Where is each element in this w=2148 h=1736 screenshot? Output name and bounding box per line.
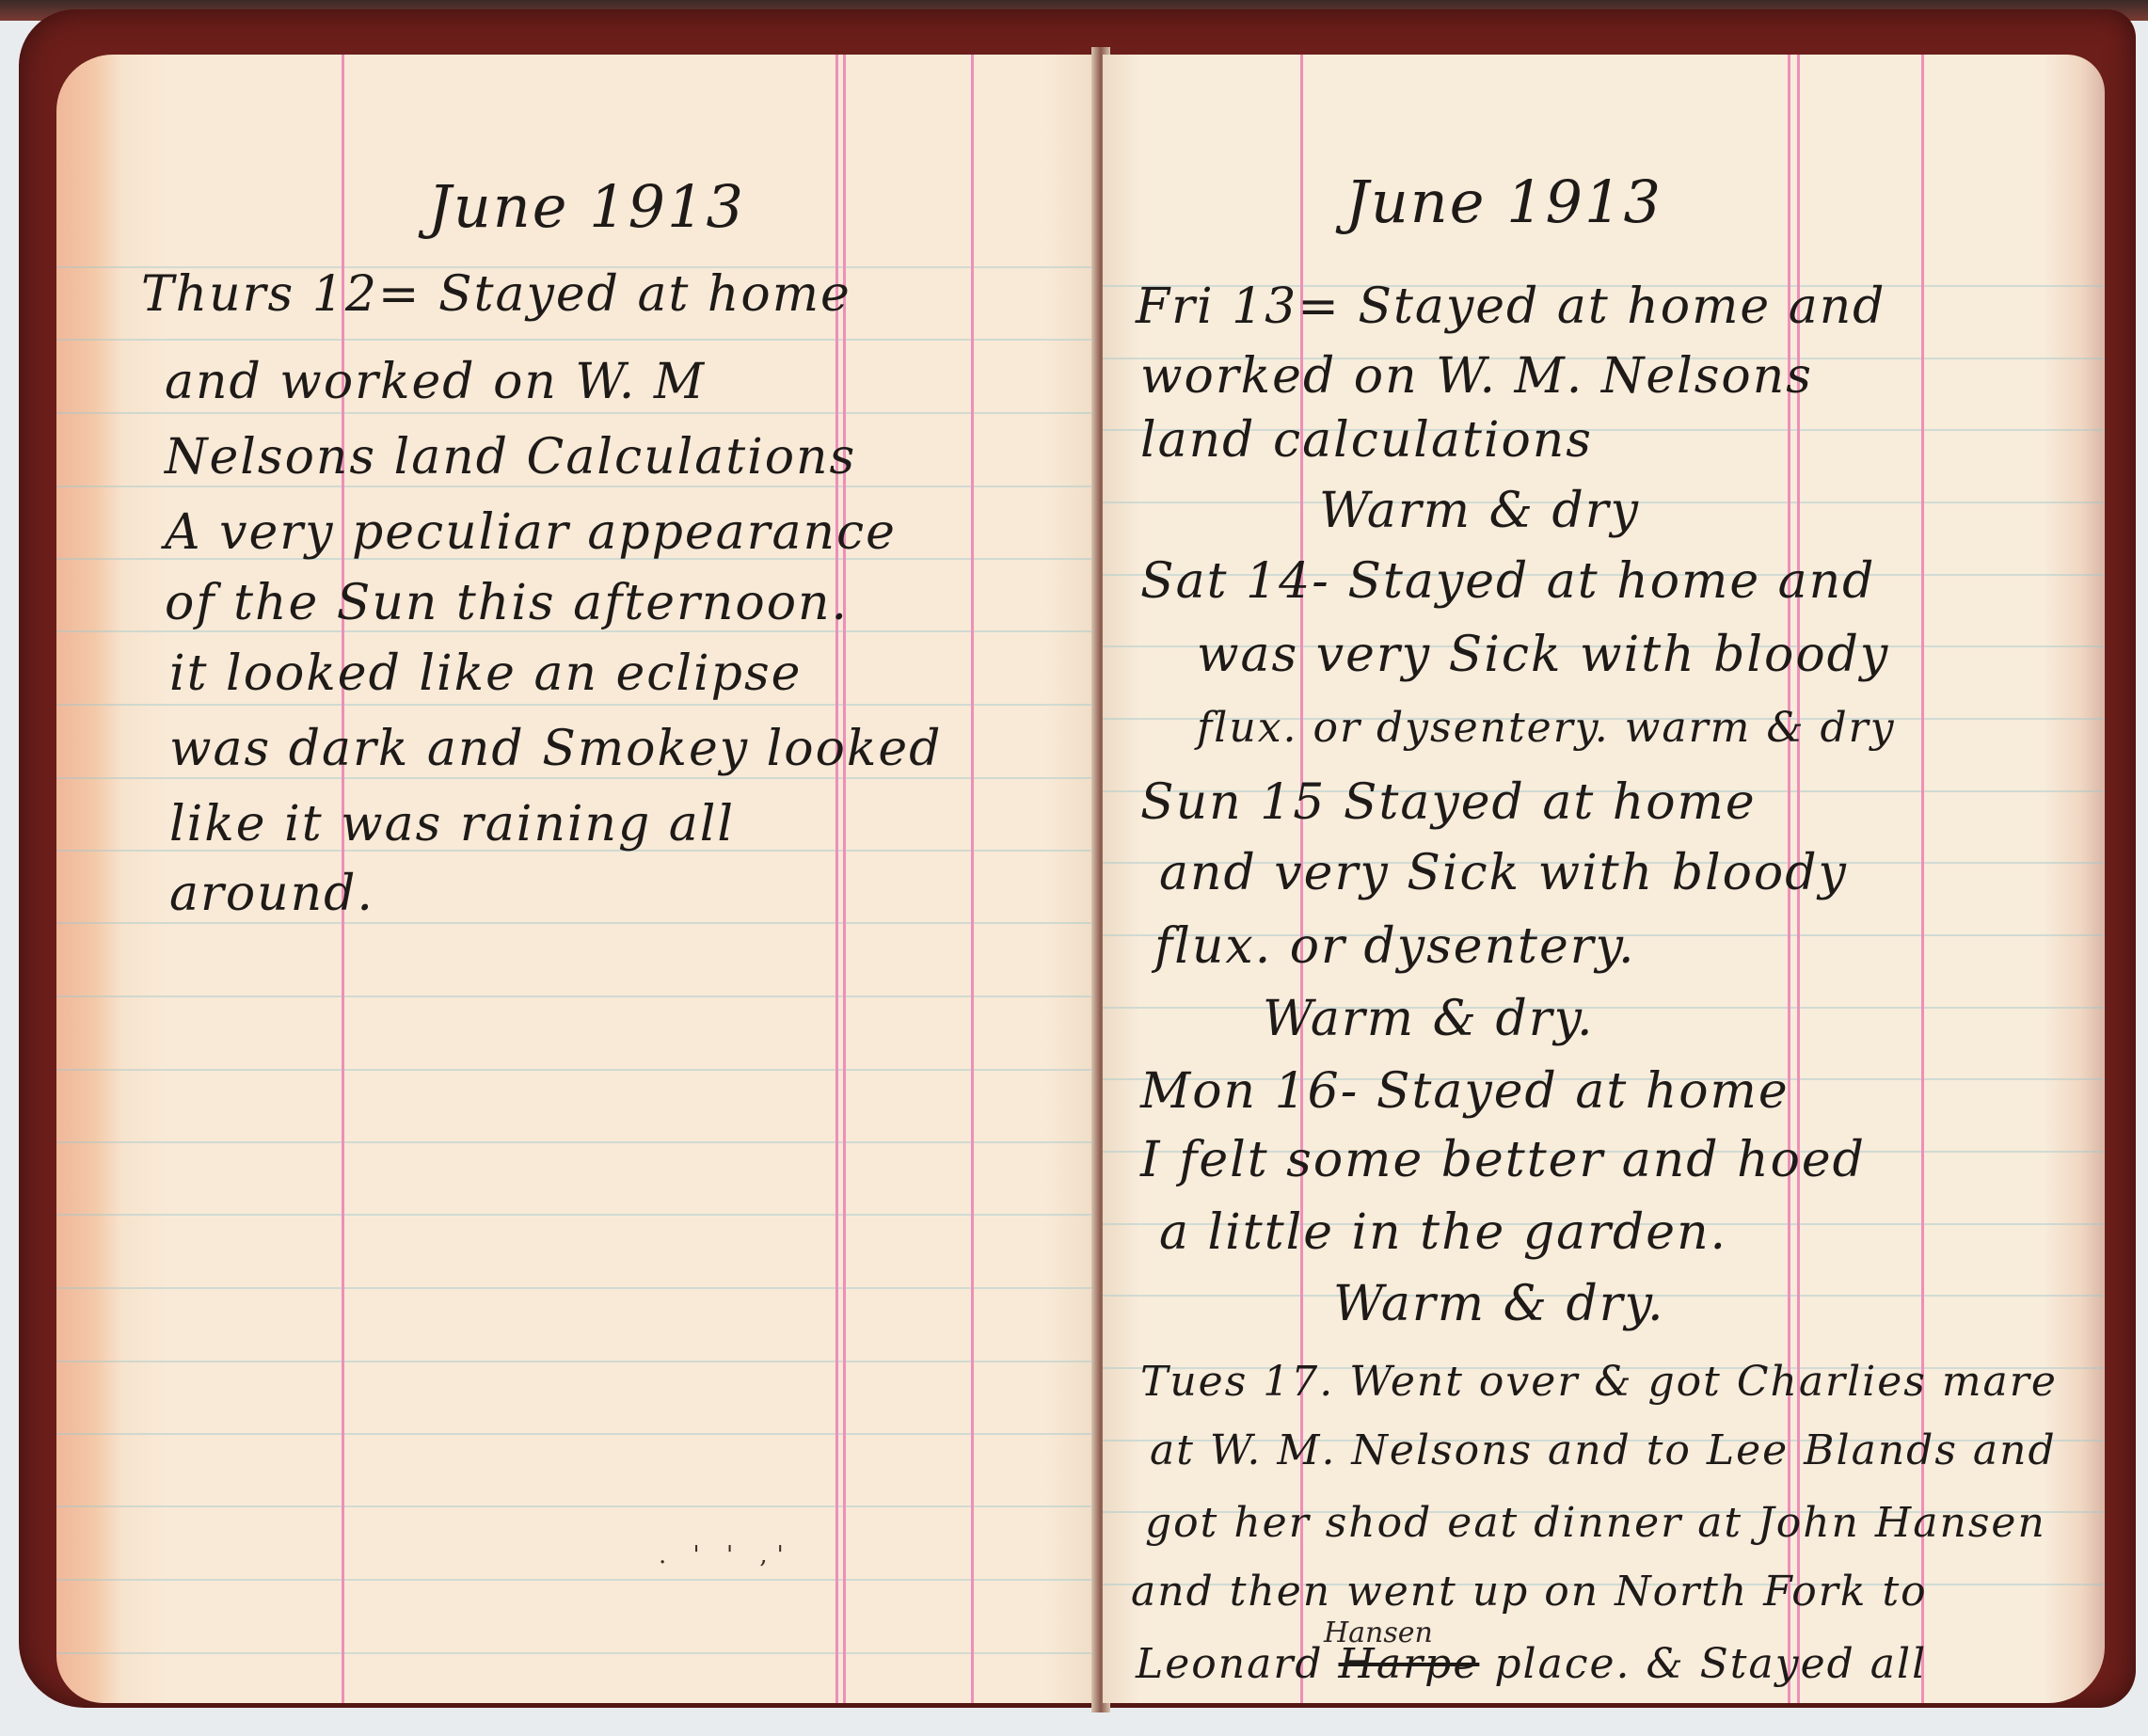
page-header: June 1913 (428, 172, 745, 241)
ruled-line (56, 922, 1099, 924)
entry-line: at W. M. Nelsons and to Lee Blands and (1150, 1426, 2057, 1474)
entry-line: around. (169, 866, 374, 922)
entry-line: flux. or dysentery. (1154, 918, 1636, 975)
entry-line: got her shod eat dinner at John Hansen (1145, 1499, 2046, 1547)
entry-line: Warm & dry (1319, 483, 1640, 539)
ruled-line (56, 412, 1099, 414)
entry-line: Warm & dry. (1333, 1276, 1665, 1332)
entry-line: Fri 13= Stayed at home and (1136, 279, 1885, 335)
ruled-line (56, 339, 1099, 341)
entry-line: flux. or dysentery. warm & dry (1197, 704, 1896, 752)
ruled-line (56, 1652, 1099, 1654)
entry-line: was very Sick with bloody (1197, 627, 1889, 683)
ruled-line (56, 1069, 1099, 1071)
ruled-line (56, 1287, 1099, 1289)
entry-line: I felt some better and hoed (1140, 1132, 1866, 1188)
entry-line: a little in the garden. (1159, 1204, 1727, 1261)
entry-line: Mon 16- Stayed at home (1140, 1063, 1790, 1120)
left-page: June 1913 Thurs 12= Stayed at home and w… (56, 55, 1099, 1703)
entry-line: Sun 15 Stayed at home (1140, 774, 1757, 831)
ruled-line (56, 1214, 1099, 1216)
name-leonard: Leonard (1136, 1640, 1324, 1688)
entry-line: and very Sick with bloody (1159, 845, 1848, 901)
inserted-word: Hansen (1324, 1617, 1433, 1649)
ruled-line (56, 1505, 1099, 1507)
ink-specks: . ' ' ,' (659, 1541, 793, 1569)
entry-line: A very peculiar appearance (165, 504, 897, 561)
entry-line: like it was raining all (169, 796, 735, 852)
margin-rule (971, 55, 974, 1703)
right-page: June 1913 Fri 13= Stayed at home and wor… (1103, 55, 2105, 1703)
entry-line: Thurs 12= Stayed at home (141, 266, 851, 323)
entry-line: Nelsons land Calculations (165, 429, 856, 486)
entry-line: and worked on W. M (165, 354, 706, 410)
entry-line: over (1568, 1687, 1685, 1703)
ruled-line (56, 1141, 1099, 1143)
ruled-line (56, 704, 1099, 706)
line-continuation: place. & Stayed all (1494, 1640, 1927, 1688)
entry-line: worked on W. M. Nelsons (1140, 348, 1813, 405)
entry-line: land calculations (1140, 412, 1593, 469)
ruled-line (56, 777, 1099, 779)
entry-line: of the Sun this afternoon. (165, 575, 849, 631)
ruled-line (56, 995, 1099, 997)
entry-line: Tues 17. Went over & got Charlies mare (1140, 1358, 2058, 1406)
entry-line: it looked like an eclipse (169, 645, 802, 702)
entry-line: Sat 14- Stayed at home and (1140, 553, 1875, 610)
ruled-line (56, 486, 1099, 487)
ruled-line (1103, 1007, 2105, 1009)
entry-line: and then went up on North Fork to (1131, 1568, 1928, 1616)
entry-line: was dark and Smokey looked (169, 721, 942, 777)
ruled-line (56, 1361, 1099, 1362)
entry-line: Warm & dry. (1263, 991, 1595, 1047)
ruled-line (56, 1579, 1099, 1581)
entry-line-leonard: Leonard Harpe place. & Stayed all (1136, 1640, 1927, 1688)
page-header: June 1913 (1345, 167, 1663, 236)
ruled-line (56, 1433, 1099, 1435)
